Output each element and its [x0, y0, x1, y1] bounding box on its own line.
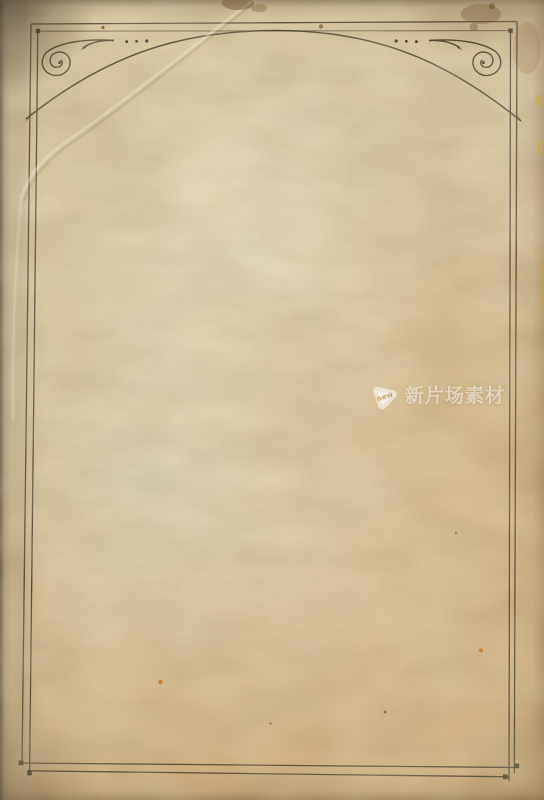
paper-texture-grain: [0, 0, 544, 800]
stock-photo-aged-paper-page: new 新片场素材: [0, 0, 544, 800]
